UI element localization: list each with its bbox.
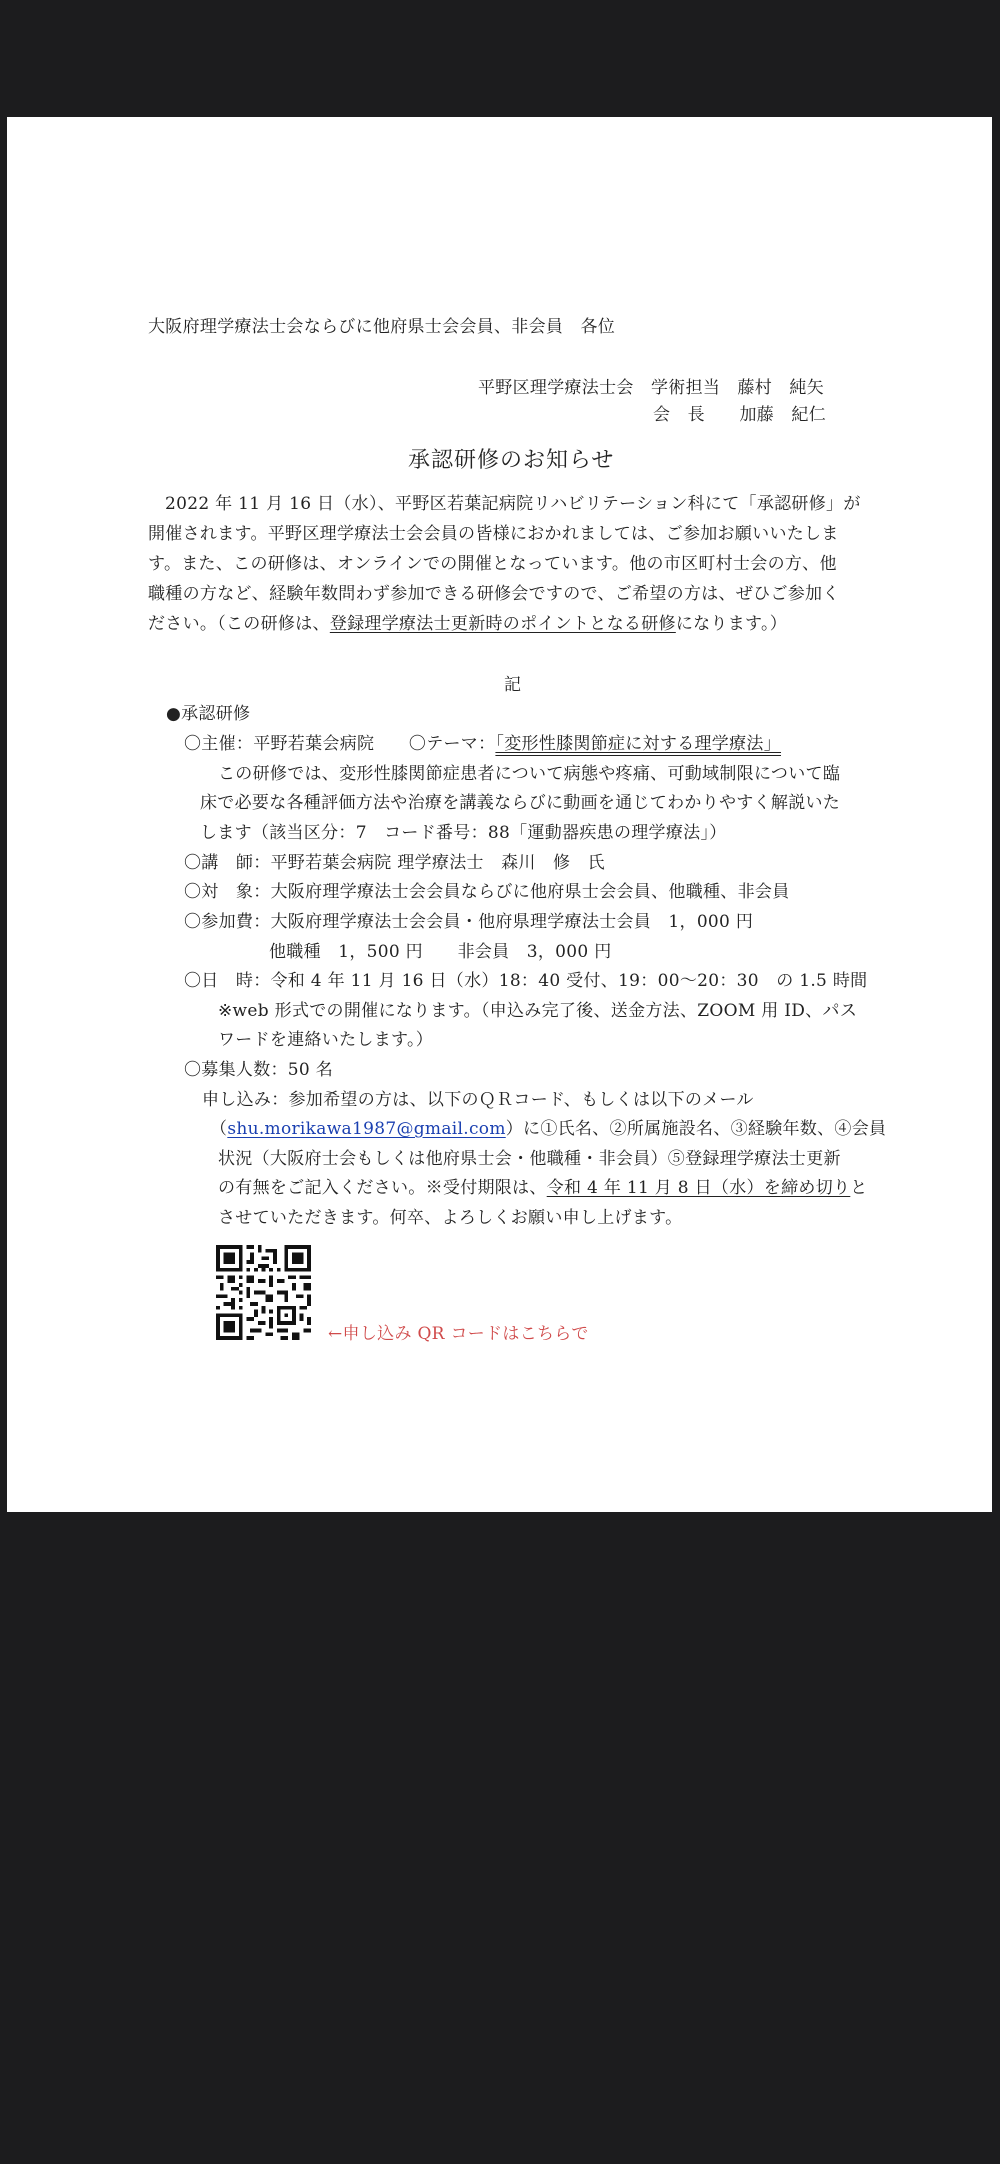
datetime-line-3: ワードを連絡いたします。） xyxy=(218,1030,433,1050)
application-line-4: の有無をご記入ください。※受付期限は、令和 4 年 11 月 8 日（水）を締め… xyxy=(218,1178,868,1198)
intro-line-1: 2022 年 11 月 16 日（水）、平野区若葉記病院リハビリテーション科にて… xyxy=(165,494,861,514)
host-label: 〇主催：平野若葉会病院 〇テーマ： xyxy=(184,734,495,754)
description-line-1: この研修では、変形性膝関節症患者について病態や疼痛、可動域制限について臨 xyxy=(218,764,840,784)
application-line-3: 状況（大阪府士会もしくは他府県士会・他職種・非会員）⑤登録理学療法士更新 xyxy=(218,1149,841,1169)
application-line-5: させていただきます。何卒、よろしくお願い申し上げます。 xyxy=(218,1208,682,1228)
addressee: 大阪府理学療法士会ならびに他府県士会会員、非会員 各位 xyxy=(148,317,615,337)
target: 〇対 象：大阪府理学療法士会会員ならびに他府県士会会員、他職種、非会員 xyxy=(184,882,790,902)
email-link[interactable]: shu.morikawa1987@gmail.com xyxy=(227,1119,505,1139)
fee-line-1: 〇参加費：大阪府理学療法士会会員・他府県理学療法士会員 1，000 円 xyxy=(184,912,753,932)
host-theme-line: 〇主催：平野若葉会病院 〇テーマ：「変形性膝関節症に対する理学療法」 xyxy=(184,734,781,754)
qr-code-icon[interactable] xyxy=(216,1245,311,1340)
intro-line-2: 開催されます。平野区理学療法士会会員の皆様におかれましては、ご参加お願いいたしま xyxy=(148,524,839,544)
application-line-2: （shu.morikawa1987@gmail.com）に①氏名、②所属施設名、… xyxy=(210,1119,886,1139)
intro-line-5-pre: ださい。（この研修は、 xyxy=(148,614,330,634)
paren-open: （ xyxy=(210,1119,227,1139)
qr-caption: ←申し込み QR コードはこちらで xyxy=(328,1324,589,1344)
ki-heading: 記 xyxy=(504,675,521,695)
datetime-line-1: 〇日 時：令和 4 年 11 月 16 日（水）18：40 受付、19：00～2… xyxy=(184,971,867,991)
capacity: 〇募集人数：50 名 xyxy=(184,1060,333,1080)
intro-line-4: 職種の方など、経験年数問わず参加できる研修会ですので、ご希望の方は、ぜひご参加く xyxy=(148,584,840,604)
intro-line-3: す。また、この研修は、オンラインでの開催となっています。他の市区町村士会の方、他 xyxy=(148,554,837,574)
intro-underlined-point: 登録理学療法士更新時のポイントとなる研修 xyxy=(330,614,676,634)
deadline: 令和 4 年 11 月 8 日（水）を締め切り xyxy=(547,1178,851,1198)
lecturer: 〇講 師：平野若葉会病院 理学療法士 森川 修 氏 xyxy=(184,853,605,873)
description-line-3: します（該当区分：7 コード番号：88「運動器疾患の理学療法」） xyxy=(200,823,727,843)
intro-line-5: ださい。（この研修は、登録理学療法士更新時のポイントとなる研修になります。） xyxy=(148,614,787,634)
document-page: 大阪府理学療法士会ならびに他府県士会会員、非会員 各位 平野区理学療法士会 学術… xyxy=(7,117,992,1512)
description-line-2: 床で必要な各種評価方法や治療を講義ならびに動画を通じてわかりやすく解説いた xyxy=(200,793,840,813)
page-title: 承認研修のお知らせ xyxy=(408,447,614,475)
theme-title: 「変形性膝関節症に対する理学療法」 xyxy=(495,734,781,754)
application-line-4-pre: の有無をご記入ください。※受付期限は、 xyxy=(218,1178,547,1198)
datetime-line-2: ※web 形式での開催になります。（申込み完了後、送金方法、ZOOM 用 ID、… xyxy=(218,1001,857,1021)
application-line-1: 申し込み：参加希望の方は、以下のＱＲコード、もしくは以下のメール xyxy=(202,1090,754,1110)
fee-line-2: 他職種 1，500 円 非会員 3，000 円 xyxy=(269,942,612,962)
intro-line-5-post: になります。） xyxy=(676,614,787,634)
sender-line-1: 平野区理学療法士会 学術担当 藤村 純矢 xyxy=(478,378,824,398)
sender-line-2: 会 長 加藤 紀仁 xyxy=(653,405,826,425)
application-line-4-post: と xyxy=(850,1178,867,1198)
application-line-2-post: ）に①氏名、②所属施設名、③経験年数、④会員 xyxy=(506,1119,887,1139)
section-heading: ●承認研修 xyxy=(166,704,250,724)
